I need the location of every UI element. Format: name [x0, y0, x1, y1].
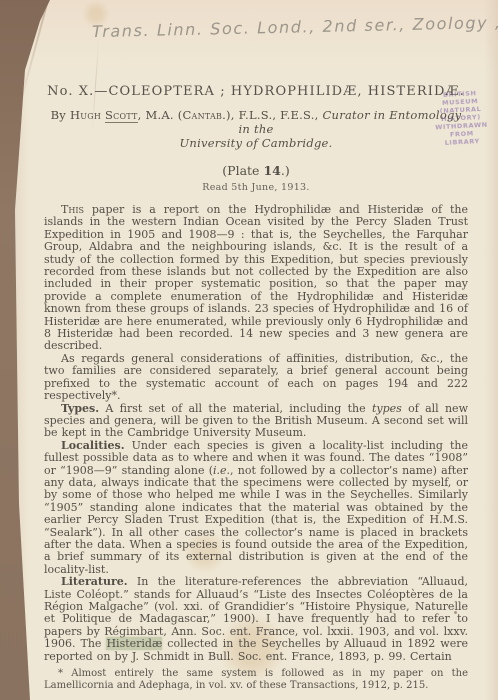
footnote: * Almost entirely the same system is fol…: [44, 668, 468, 691]
highlighted-term: Histeridæ: [106, 637, 162, 650]
body-paragraph: As regards general considerations of aff…: [44, 353, 468, 403]
author-byline-continued: University of Cambridge.: [44, 136, 468, 150]
page-content: No. X.—COLEOPTERA ; HYDROPHILIDÆ, HISTER…: [44, 84, 468, 691]
body-text: This paper is a report on the Hydrophili…: [44, 204, 468, 663]
text-segment: , not followed by a collector’s name) af…: [44, 464, 468, 576]
text-segment: , M.A. (: [138, 108, 183, 122]
plate-reference: (Plate 14.): [44, 163, 468, 178]
body-paragraph: Literature. In the literature-references…: [44, 576, 468, 663]
text-segment: This: [61, 203, 84, 216]
plate-number: 14: [263, 163, 280, 178]
text-segment: Hugh: [70, 108, 105, 122]
text-segment: Cantab.: [183, 108, 227, 122]
body-paragraph: Types. A first set of all the material, …: [44, 403, 468, 440]
scanned-page: Trans. Linn. Soc. Lond., 2nd ser., Zoolo…: [0, 0, 498, 700]
author-byline: By Hugh Scott, M.A. (Cantab.), F.L.S., F…: [44, 108, 468, 136]
text-segment: i.e.: [213, 464, 230, 477]
read-date-line: Read 5th June, 1913.: [44, 182, 468, 193]
text-segment: Scott: [105, 108, 138, 123]
corner-fold-crease: [21, 0, 49, 97]
body-paragraph: This paper is a report on the Hydrophili…: [44, 204, 468, 353]
text-segment: paper is a report on the Hydrophilidæ an…: [44, 203, 468, 352]
text-segment: University of Cambridge.: [179, 136, 332, 150]
body-paragraph: Localities. Under each species is given …: [44, 440, 468, 576]
text-segment: Literature.: [61, 575, 128, 588]
article-title: No. X.—COLEOPTERA ; HYDROPHILIDÆ, HISTER…: [44, 84, 468, 99]
text-segment: A first set of all the material, includi…: [99, 402, 372, 415]
text-segment: ), F.L.S., F.E.S.,: [226, 108, 322, 122]
plate-suffix: .): [281, 163, 290, 178]
plate-prefix: (Plate: [222, 163, 263, 178]
text-segment: Types.: [61, 402, 99, 415]
text-segment: types: [372, 402, 402, 415]
text-segment: By: [51, 108, 70, 122]
text-segment: Localities.: [61, 439, 125, 452]
text-segment: As regards general considerations of aff…: [44, 352, 468, 402]
